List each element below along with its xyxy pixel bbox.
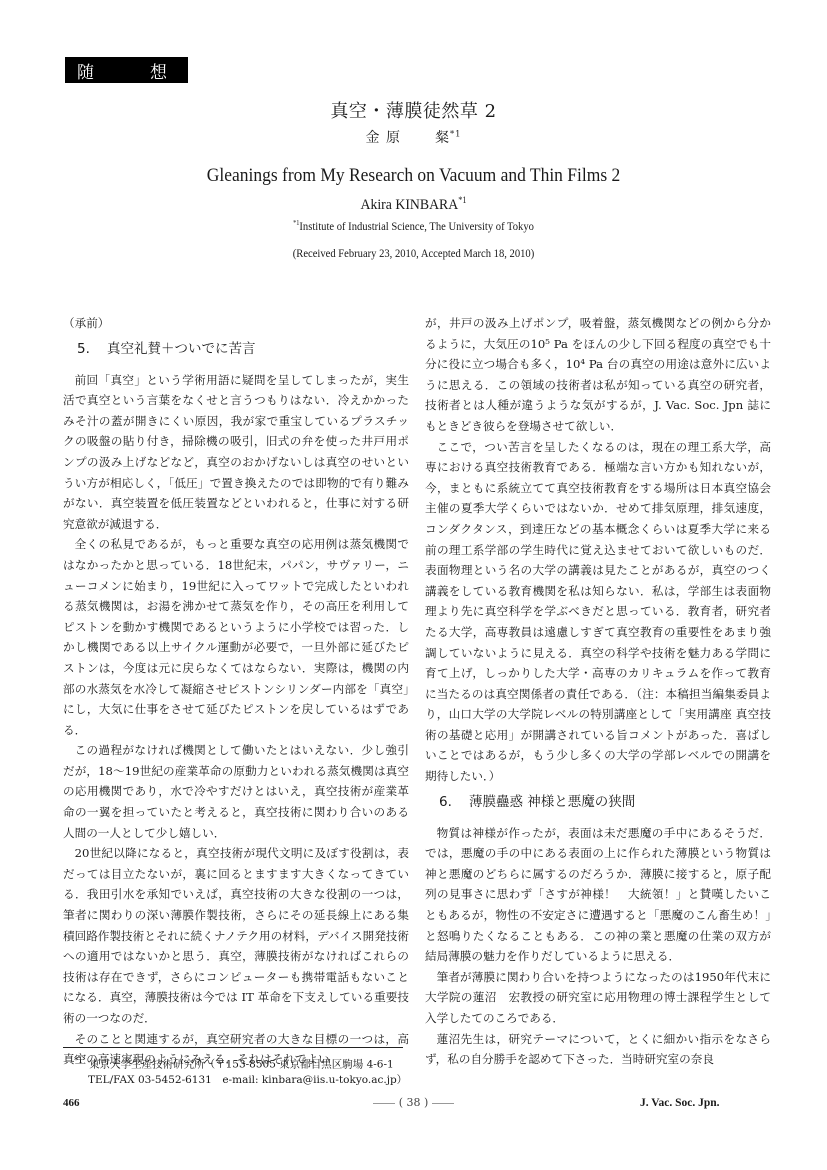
body-paragraph-continued: が，井戸の汲み上げポンプ，吸着盤，蒸気機関などの例から分かるように，大気圧の10… (425, 313, 771, 437)
left-column: （承前） 5.真空礼賛＋ついでに苦言 前回「真空」という学術用語に疑問を呈してし… (63, 313, 409, 1070)
body-paragraph: 蓮沼先生は，研究テーマについて，とくに細かい指示をなさらず，私の自分勝手を認めて… (425, 1029, 771, 1070)
folio-dash-right (432, 1103, 454, 1104)
journal-name: J. Vac. Soc. Jpn. (640, 1097, 720, 1109)
author-given-name: 粲 (435, 130, 450, 146)
body-paragraph: 前回「真空」という学術用語に疑問を呈してしまったが，実生活で真空という言葉をなく… (63, 370, 409, 535)
body-paragraph: 筆者が薄膜に関わり合いを持つようになったのは1950年代末に大学院の蓮沼 宏教授… (425, 967, 771, 1029)
column-category-label: 随 想 (65, 57, 188, 83)
section-title: 薄膜蠱惑 神様と悪魔の狭間 (469, 794, 635, 810)
folio-dash-left (373, 1103, 395, 1104)
footnote-contact: TEL/FAX 03-5452-6131 e-mail: kinbara@iis… (74, 1073, 407, 1088)
body-paragraph: ここで，つい苦言を呈したくなるのは，現在の理工系大学，高専における真空技術教育で… (425, 437, 771, 787)
english-author: Akira KINBARA*1 (33, 197, 794, 214)
body-paragraph: 全くの私見であるが，もっと重要な真空の応用例は蒸気機関ではなかったかと思っている… (63, 534, 409, 740)
body-paragraph: 20世紀以降になると，真空技術が現代文明に及ぼす役割は，表だっては目立たないが，… (63, 843, 409, 1028)
body-paragraph: 物質は神様が作ったが，表面は未だ悪魔の手中にあるそうだ．では，悪魔の手の中にある… (425, 823, 771, 967)
received-dates: (Received February 23, 2010, Accepted Ma… (33, 248, 794, 260)
footnote: *1東京大学生産技術研究所（〒153-8505 東京都目黒区駒場 4-6-1 T… (74, 1053, 407, 1088)
body-paragraph: この過程がなければ機関として働いたとはいえない．少し強引だが，18～19世紀の産… (63, 740, 409, 843)
author-affiliation-mark: *1 (450, 128, 462, 138)
footnote-address: 東京大学生産技術研究所（〒153-8505 東京都目黒区駒場 4-6-1 (89, 1059, 394, 1071)
section-number: 6. (439, 791, 469, 813)
english-title: Gleanings from My Research on Vacuum and… (33, 165, 794, 187)
affiliation-text: Institute of Industrial Science, The Uni… (299, 221, 534, 233)
english-author-mark: *1 (458, 195, 466, 205)
english-author-name: Akira KINBARA (360, 197, 458, 213)
section-6-heading: 6.薄膜蠱惑 神様と悪魔の狭間 (439, 791, 771, 813)
folio-number: ( 38 ) (399, 1096, 429, 1109)
category-char-2: 想 (150, 58, 168, 83)
category-char-1: 随 (77, 58, 95, 83)
continued-note: （承前） (63, 313, 409, 334)
japanese-title: 真空・薄膜徒然草 2 (0, 97, 827, 123)
affiliation: *1Institute of Industrial Science, The U… (33, 221, 794, 233)
section-number: 5. (77, 338, 107, 360)
right-column: が，井戸の汲み上げポンプ，吸着盤，蒸気機関などの例から分かるように，大気圧の10… (425, 313, 771, 1070)
author-family-name: 金 原 (366, 130, 401, 146)
footnote-divider (63, 1047, 403, 1048)
section-5-heading: 5.真空礼賛＋ついでに苦言 (77, 338, 409, 360)
footnote-mark: *1 (74, 1056, 83, 1065)
japanese-author: 金 原粲*1 (0, 127, 827, 147)
section-title: 真空礼賛＋ついでに苦言 (107, 341, 256, 357)
